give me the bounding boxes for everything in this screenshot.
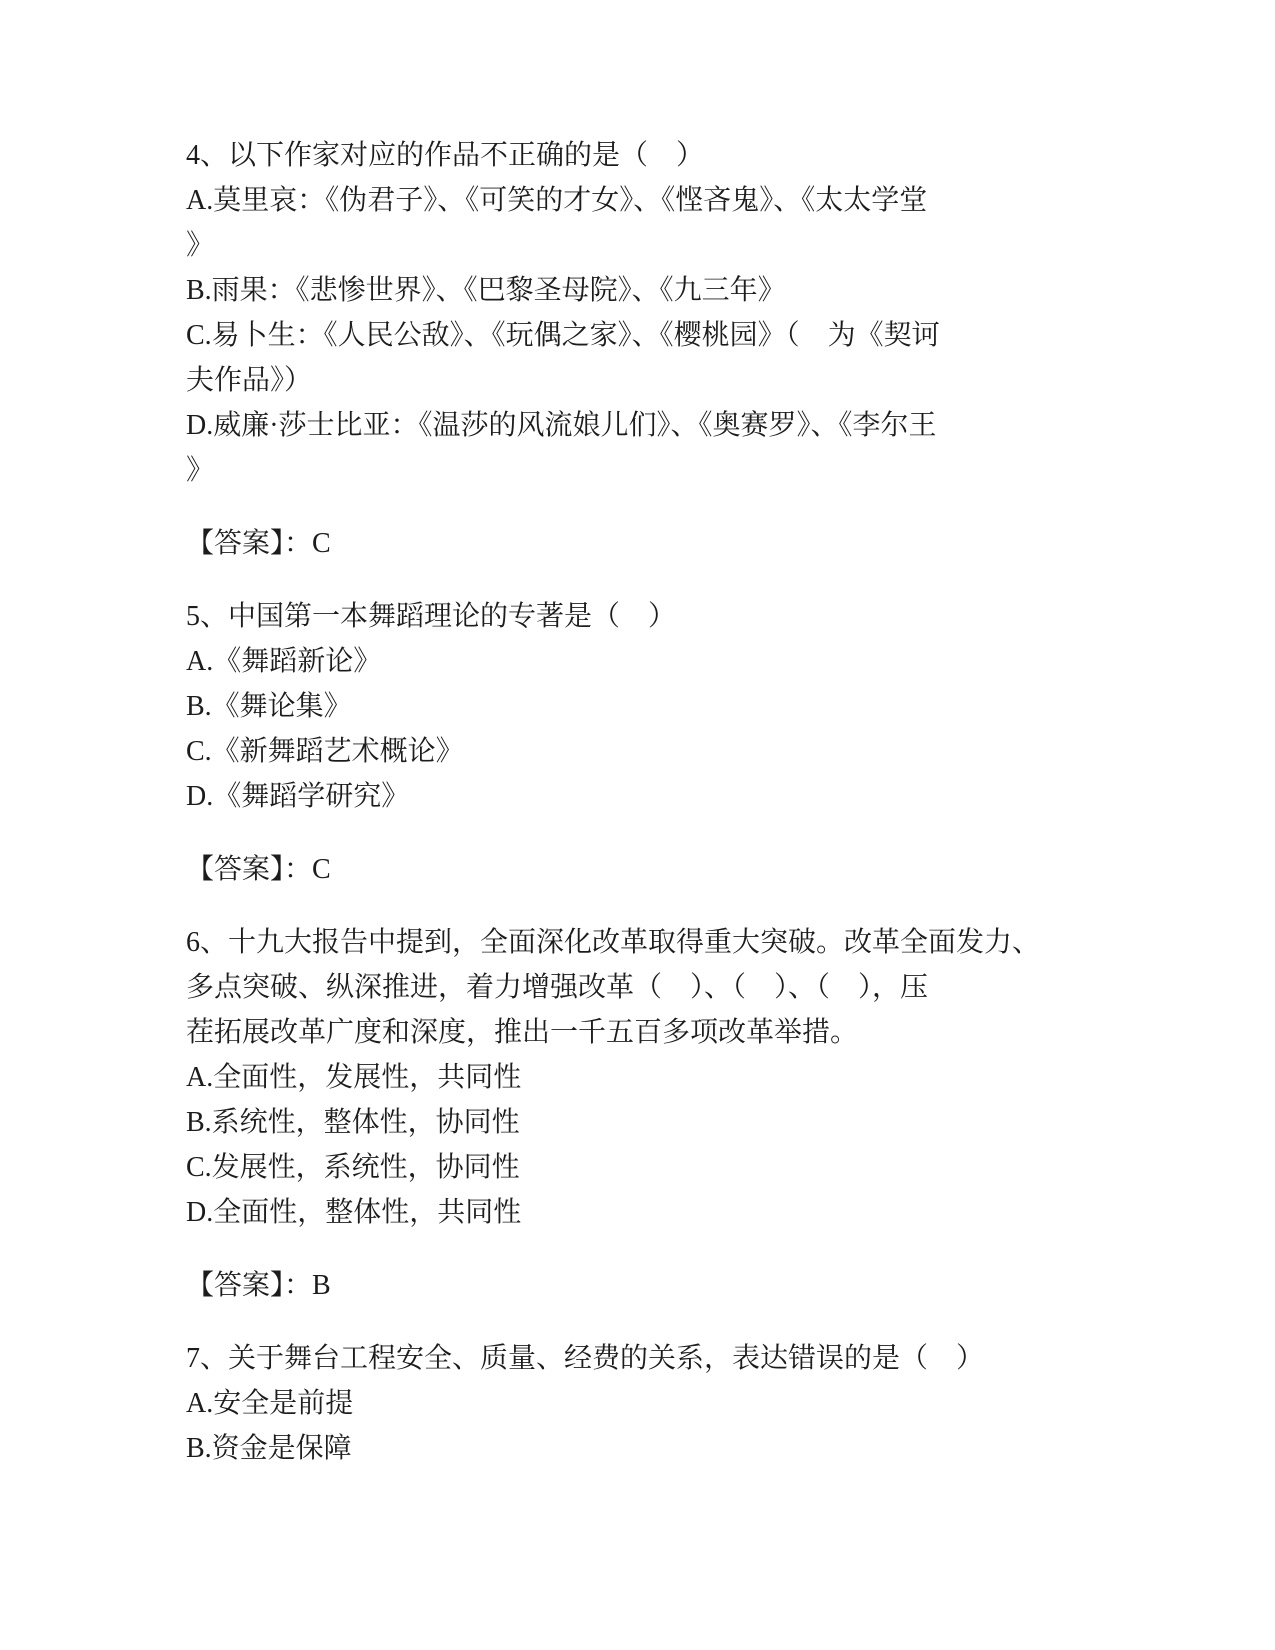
question-5-stem-line: 5、中国第一本舞蹈理论的专著是（ ） [186,594,1086,639]
question-6-stem: 6、十九大报告中提到，全面深化改革取得重大突破。改革全面发力、 多点突破、纵深推… [186,920,1086,1055]
option-text-line: B.雨果：《悲惨世界》、《巴黎圣母院》、《九三年》 [186,268,1086,313]
question-6-answer: 【答案】：B [186,1263,1086,1308]
question-4-stem-line: 4、以下作家对应的作品不正确的是（ ） [186,133,1086,178]
document-page: 4、以下作家对应的作品不正确的是（ ） A.莫里哀：《伪君子》、《可笑的才女》、… [0,0,1275,1650]
question-4-answer: 【答案】：C [186,521,1086,566]
option-text-line: A.《舞蹈新论》 [186,639,1086,684]
question-5-option-d: D.《舞蹈学研究》 [186,774,1086,819]
option-text-line: D.全面性，整体性，共同性 [186,1190,1086,1235]
question-7-option-b: B.资金是保障 [186,1426,1086,1471]
question-7-stem: 7、关于舞台工程安全、质量、经费的关系，表达错误的是（ ） [186,1336,1086,1381]
question-4-option-c: C.易卜生：《人民公敌》、《玩偶之家》、《樱桃园》（ 为《契诃 夫作品》） [186,313,1086,403]
option-text-line: A.莫里哀：《伪君子》、《可笑的才女》、《悭吝鬼》、《太太学堂 [186,178,1086,223]
question-6-stem-line: 茬拓展改革广度和深度，推出一千五百多项改革举措。 [186,1010,1086,1055]
option-text-line: C.发展性，系统性，协同性 [186,1145,1086,1190]
question-7-stem-line: 7、关于舞台工程安全、质量、经费的关系，表达错误的是（ ） [186,1336,1086,1381]
question-4-stem: 4、以下作家对应的作品不正确的是（ ） [186,133,1086,178]
option-text-line: 夫作品》） [186,358,1086,403]
question-4-option-a: A.莫里哀：《伪君子》、《可笑的才女》、《悭吝鬼》、《太太学堂 》 [186,178,1086,268]
question-4: 4、以下作家对应的作品不正确的是（ ） A.莫里哀：《伪君子》、《可笑的才女》、… [186,133,1086,566]
question-6: 6、十九大报告中提到，全面深化改革取得重大突破。改革全面发力、 多点突破、纵深推… [186,920,1086,1308]
question-5-option-a: A.《舞蹈新论》 [186,639,1086,684]
option-text-line: 》 [186,448,1086,493]
question-7-option-a: A.安全是前提 [186,1381,1086,1426]
question-6-stem-line: 6、十九大报告中提到，全面深化改革取得重大突破。改革全面发力、 [186,920,1086,965]
option-text-line: A.全面性，发展性，共同性 [186,1055,1086,1100]
option-text-line: C.易卜生：《人民公敌》、《玩偶之家》、《樱桃园》（ 为《契诃 [186,313,1086,358]
question-4-option-b: B.雨果：《悲惨世界》、《巴黎圣母院》、《九三年》 [186,268,1086,313]
question-5-stem: 5、中国第一本舞蹈理论的专著是（ ） [186,594,1086,639]
question-6-option-d: D.全面性，整体性，共同性 [186,1190,1086,1235]
question-5: 5、中国第一本舞蹈理论的专著是（ ） A.《舞蹈新论》 B.《舞论集》 C.《新… [186,594,1086,892]
option-text-line: 》 [186,223,1086,268]
option-text-line: B.《舞论集》 [186,684,1086,729]
option-text-line: C.《新舞蹈艺术概论》 [186,729,1086,774]
option-text-line: B.资金是保障 [186,1426,1086,1471]
option-text-line: B.系统性，整体性，协同性 [186,1100,1086,1145]
question-6-option-c: C.发展性，系统性，协同性 [186,1145,1086,1190]
question-4-option-d: D.威廉·莎士比亚：《温莎的风流娘儿们》、《奥赛罗》、《李尔王 》 [186,403,1086,493]
question-6-stem-line: 多点突破、纵深推进，着力增强改革（ ）、（ ）、（ ），压 [186,965,1086,1010]
option-text-line: A.安全是前提 [186,1381,1086,1426]
question-5-option-b: B.《舞论集》 [186,684,1086,729]
question-5-answer: 【答案】：C [186,847,1086,892]
question-6-option-a: A.全面性，发展性，共同性 [186,1055,1086,1100]
question-6-option-b: B.系统性，整体性，协同性 [186,1100,1086,1145]
option-text-line: D.威廉·莎士比亚：《温莎的风流娘儿们》、《奥赛罗》、《李尔王 [186,403,1086,448]
question-5-option-c: C.《新舞蹈艺术概论》 [186,729,1086,774]
exam-questions-content: 4、以下作家对应的作品不正确的是（ ） A.莫里哀：《伪君子》、《可笑的才女》、… [186,133,1086,1471]
option-text-line: D.《舞蹈学研究》 [186,774,1086,819]
question-7: 7、关于舞台工程安全、质量、经费的关系，表达错误的是（ ） A.安全是前提 B.… [186,1336,1086,1471]
